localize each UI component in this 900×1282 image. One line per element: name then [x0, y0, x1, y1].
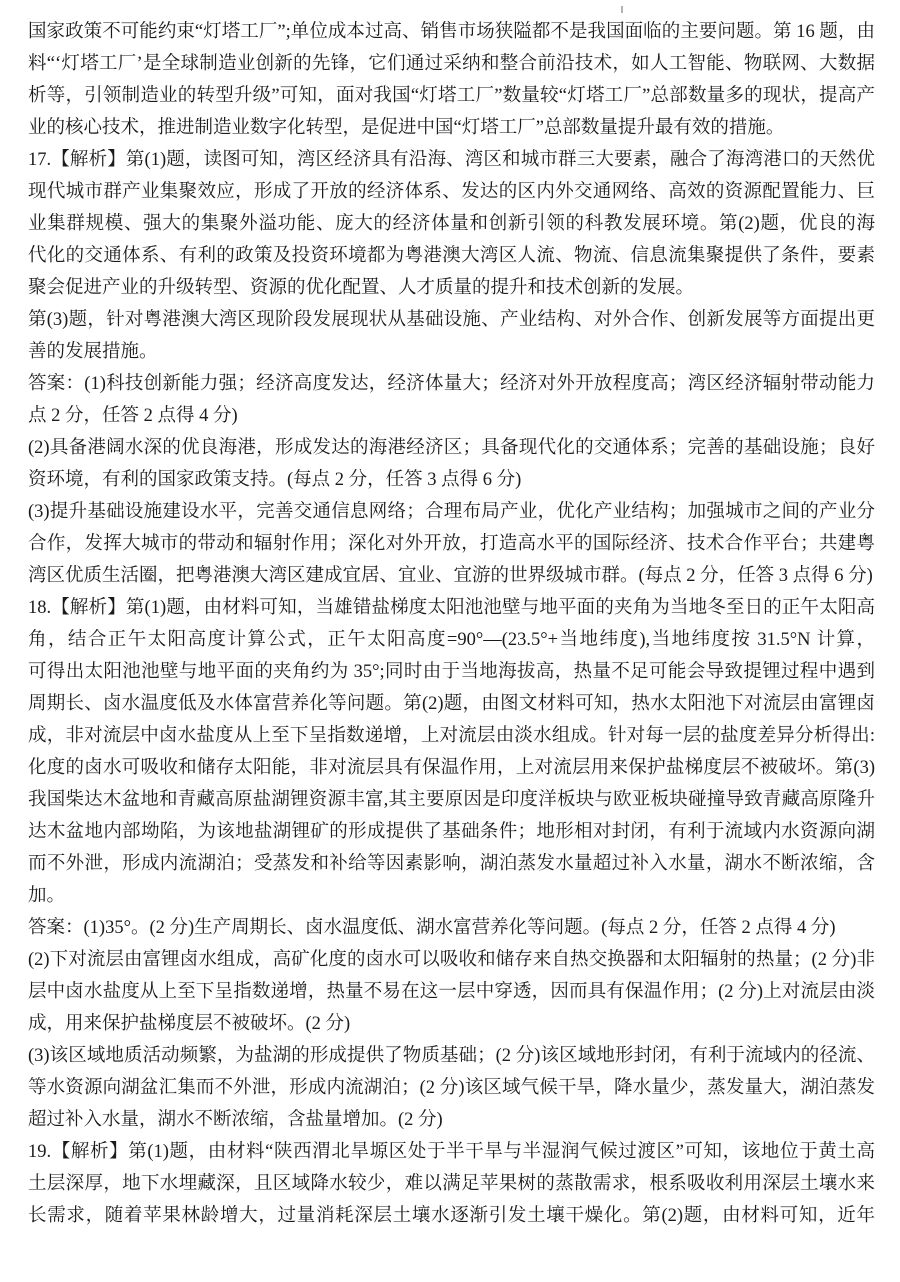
text-line: 资环境，有利的国家政策支持。(每点 2 分，任答 3 点得 6 分): [28, 464, 875, 496]
text-line: 合作，发挥大城市的带动和辐射作用；深化对外开放，打造高水平的国际经济、技术合作平…: [28, 528, 875, 560]
text-line: 层中卤水盐度从上至下呈指数递增，热量不易在这一层中穿透，因而具有保温作用；(2 …: [28, 976, 875, 1008]
text-line: 成，用来保护盐梯度层不被破坏。(2 分): [28, 1008, 875, 1040]
text-line: 答案：(1)35°。(2 分)生产周期长、卤水温度低、湖水富营养化等问题。(每点…: [28, 912, 875, 944]
text-line: 18.【解析】第(1)题，由材料可知，当雄错盐梯度太阳池池壁与地平面的夹角为当地…: [28, 592, 875, 624]
text-line: 达木盆地内部坳陷，为该地盐湖锂矿的形成提供了基础条件；地形相对封闭，有利于流域内…: [28, 816, 875, 848]
text-line: 业的核心技术，推进制造业数字化转型，是促进中国“灯塔工厂”总部数量提升最有效的措…: [28, 112, 875, 144]
text-line: 我国柴达木盆地和青藏高原盐湖锂资源丰富,其主要原因是印度洋板块与欧亚板块碰撞导致…: [28, 784, 875, 816]
text-line: 周期长、卤水温度低及水体富营养化等问题。第(2)题，由图文材料可知，热水太阳池下…: [28, 688, 875, 720]
text-line: (2)下对流层由富锂卤水组成，高矿化度的卤水可以吸收和储存来自热交换器和太阳辐射…: [28, 944, 875, 976]
text-line: 善的发展措施。: [28, 336, 875, 368]
text-line: 点 2 分，任答 2 点得 4 分): [28, 400, 875, 432]
text-line: 业集群规模、强大的集聚外溢功能、庞大的经济体量和创新引领的科教发展环境。第(2)…: [28, 208, 875, 240]
text-line: 湾区优质生活圈，把粤港澳大湾区建成宜居、宜业、宜游的世界级城市群。(每点 2 分…: [28, 560, 875, 592]
answer-key-text-block: 国家政策不可能约束“灯塔工厂”;单位成本过高、销售市场狭隘都不是我国面临的主要问…: [28, 16, 875, 1232]
text-line: 料“‘灯塔工厂’是全球制造业创新的先锋，它们通过采纳和整合前沿技术，如人工智能、…: [28, 48, 875, 80]
text-line: 成，非对流层中卤水盐度从上至下呈指数递增，上对流层由淡水组成。针对每一层的盐度差…: [28, 720, 875, 752]
text-line: 国家政策不可能约束“灯塔工厂”;单位成本过高、销售市场狭隘都不是我国面临的主要问…: [28, 16, 875, 48]
text-line: 长需求，随着苹果林龄增大，过量消耗深层土壤水逐渐引发土壤干燥化。第(2)题，由材…: [28, 1200, 875, 1232]
text-line: 可得出太阳池池壁与地平面的夹角约为 35°;同时由于当地海拔高，热量不足可能会导…: [28, 656, 875, 688]
text-line: 而不外泄，形成内流湖泊；受蒸发和补给等因素影响，湖泊蒸发水量超过补入水量，湖水不…: [28, 848, 875, 880]
text-line: 17.【解析】第(1)题，读图可知，湾区经济具有沿海、湾区和城市群三大要素，融合…: [28, 144, 875, 176]
scan-artifact-mark: [621, 6, 623, 13]
text-line: 第(3)题，针对粤港澳大湾区现阶段发展现状从基础设施、产业结构、对外合作、创新发…: [28, 304, 875, 336]
document-page: 国家政策不可能约束“灯塔工厂”;单位成本过高、销售市场狭隘都不是我国面临的主要问…: [0, 0, 900, 1282]
text-line: 聚会促进产业的升级转型、资源的优化配置、人才质量的提升和技术创新的发展。: [28, 272, 875, 304]
text-line: (3)该区域地质活动频繁，为盐湖的形成提供了物质基础；(2 分)该区域地形封闭，…: [28, 1040, 875, 1072]
text-line: 加。: [28, 880, 875, 912]
text-line: 析等，引领制造业的转型升级”可知，面对我国“灯塔工厂”数量较“灯塔工厂”总部数量…: [28, 80, 875, 112]
text-line: 19.【解析】第(1)题，由材料“陕西渭北旱塬区处于半干旱与半湿润气候过渡区”可…: [28, 1136, 875, 1168]
text-line: 超过补入水量，湖水不断浓缩，含盐量增加。(2 分): [28, 1104, 875, 1136]
text-line: 现代城市群产业集聚效应，形成了开放的经济体系、发达的区内外交通网络、高效的资源配…: [28, 176, 875, 208]
text-line: 土层深厚，地下水埋藏深，且区域降水较少，难以满足苹果树的蒸散需求，根系吸收利用深…: [28, 1168, 875, 1200]
text-line: 代化的交通体系、有利的政策及投资环境都为粤港澳大湾区人流、物流、信息流集聚提供了…: [28, 240, 875, 272]
text-line: (3)提升基础设施建设水平，完善交通信息网络；合理布局产业，优化产业结构；加强城…: [28, 496, 875, 528]
text-line: 答案：(1)科技创新能力强；经济高度发达，经济体量大；经济对外开放程度高；湾区经…: [28, 368, 875, 400]
text-line: 角，结合正午太阳高度计算公式，正午太阳高度=90°—(23.5°+当地纬度),当…: [28, 624, 875, 656]
text-line: 等水资源向湖盆汇集而不外泄，形成内流湖泊；(2 分)该区域气候干旱，降水量少，蒸…: [28, 1072, 875, 1104]
text-line: (2)具备港阔水深的优良海港，形成发达的海港经济区；具备现代化的交通体系；完善的…: [28, 432, 875, 464]
text-line: 化度的卤水可吸收和储存太阳能，非对流层具有保温作用，上对流层用来保护盐梯度层不被…: [28, 752, 875, 784]
